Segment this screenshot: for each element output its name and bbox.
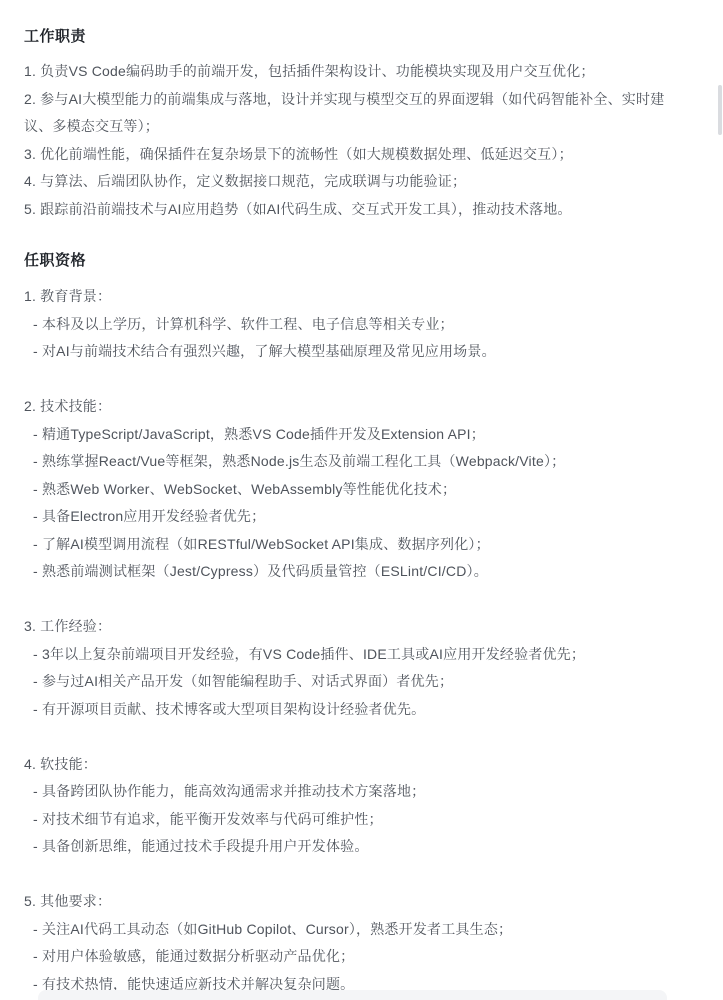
qualification-bullet: - 具备跨团队协作能力，能高效沟通需求并推动技术方案落地； [24,778,690,806]
bottom-panel-edge [38,990,667,1000]
qualification-bullet: - 具备Electron应用开发经验者优先； [24,503,690,531]
qualification-bullet: - 有开源项目贡献、技术博客或大型项目架构设计经验者优先。 [24,696,690,724]
qualification-bullet: - 熟悉前端测试框架（Jest/Cypress）及代码质量管控（ESLint/C… [24,558,690,586]
qualification-group-technical-skills: 2. 技术技能： - 精通TypeScript/JavaScript，熟悉VS … [24,393,690,586]
section-title-qualifications: 任职资格 [24,250,690,271]
responsibility-item-3: 3. 优化前端性能，确保插件在复杂场景下的流畅性（如大规模数据处理、低延迟交互）… [24,141,690,169]
qualification-bullet: - 对AI与前端技术结合有强烈兴趣，了解大模型基础原理及常见应用场景。 [24,338,690,366]
qualification-bullet: - 关注AI代码工具动态（如GitHub Copilot、Cursor），熟悉开… [24,916,690,944]
section-title-responsibilities: 工作职责 [24,26,690,47]
responsibility-item-1: 1. 负责VS Code编码助手的前端开发，包括插件架构设计、功能模块实现及用户… [24,58,690,86]
qualification-bullet: - 对技术细节有追求，能平衡开发效率与代码可维护性； [24,806,690,834]
qualification-bullet: - 了解AI模型调用流程（如RESTful/WebSocket API集成、数据… [24,531,690,559]
qualification-bullet: - 具备创新思维，能通过技术手段提升用户开发体验。 [24,833,690,861]
scrollbar-thumb[interactable] [718,85,722,135]
qualification-group-label: 4. 软技能： [24,751,690,779]
qualification-bullet: - 熟悉Web Worker、WebSocket、WebAssembly等性能优… [24,476,690,504]
qualification-bullet: - 对用户体验敏感，能通过数据分析驱动产品优化； [24,943,690,971]
responsibility-item-5: 5. 跟踪前沿前端技术与AI应用趋势（如AI代码生成、交互式开发工具），推动技术… [24,196,690,224]
job-description-document: 工作职责 1. 负责VS Code编码助手的前端开发，包括插件架构设计、功能模块… [0,0,723,998]
qualification-bullet: - 3年以上复杂前端项目开发经验，有VS Code插件、IDE工具或AI应用开发… [24,641,690,669]
qualification-bullet: - 本科及以上学历，计算机科学、软件工程、电子信息等相关专业； [24,311,690,339]
qualification-bullet: - 精通TypeScript/JavaScript，熟悉VS Code插件开发及… [24,421,690,449]
qualification-group-other-requirements: 5. 其他要求： - 关注AI代码工具动态（如GitHub Copilot、Cu… [24,888,690,998]
qualification-group-label: 1. 教育背景： [24,283,690,311]
qualification-bullet: - 参与过AI相关产品开发（如智能编程助手、对话式界面）者优先； [24,668,690,696]
qualification-group-label: 2. 技术技能： [24,393,690,421]
qualification-group-label: 3. 工作经验： [24,613,690,641]
qualification-group-education: 1. 教育背景： - 本科及以上学历，计算机科学、软件工程、电子信息等相关专业；… [24,283,690,366]
qualification-group-label: 5. 其他要求： [24,888,690,916]
qualification-bullet: - 熟练掌握React/Vue等框架，熟悉Node.js生态及前端工程化工具（W… [24,448,690,476]
responsibility-item-2: 2. 参与AI大模型能力的前端集成与落地，设计并实现与模型交互的界面逻辑（如代码… [24,86,690,141]
qualification-group-soft-skills: 4. 软技能： - 具备跨团队协作能力，能高效沟通需求并推动技术方案落地； - … [24,751,690,861]
responsibility-item-4: 4. 与算法、后端团队协作，定义数据接口规范，完成联调与功能验证； [24,168,690,196]
qualification-group-work-experience: 3. 工作经验： - 3年以上复杂前端项目开发经验，有VS Code插件、IDE… [24,613,690,723]
